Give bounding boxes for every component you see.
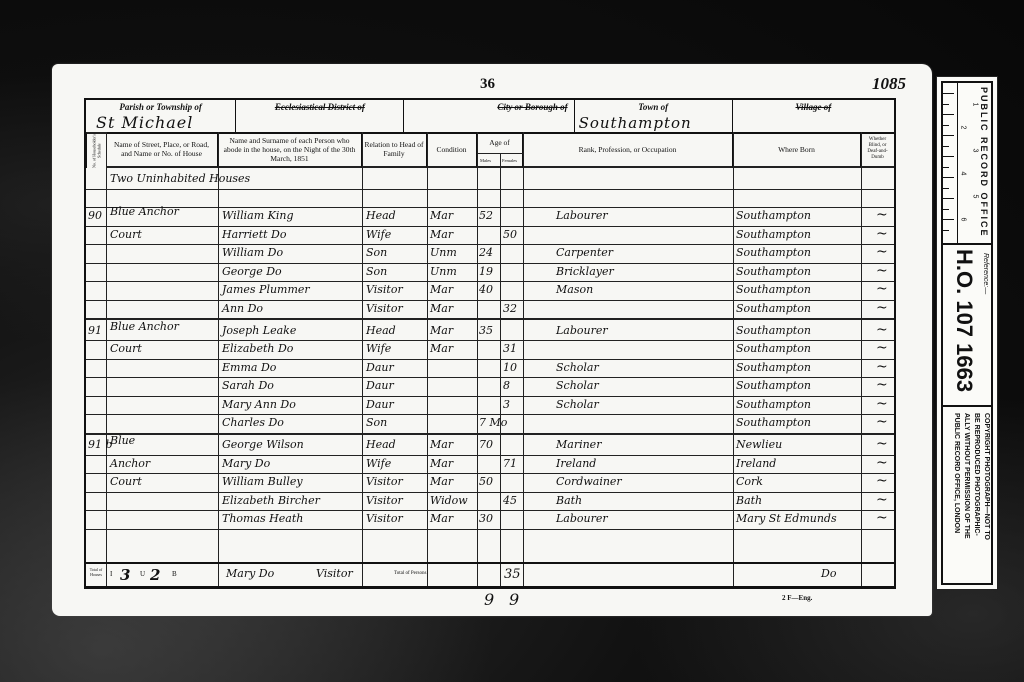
check-mark: ~ <box>876 359 888 375</box>
census-form: Parish or Township of St Michael Ecclesi… <box>84 98 896 589</box>
reference-label: Reference:— <box>982 253 989 294</box>
age-male: 30 <box>479 512 493 525</box>
person-name: James Plummer <box>222 283 310 296</box>
person-name: William Bulley <box>222 475 303 488</box>
ruler-tick <box>943 209 949 210</box>
person-occupation: Ireland <box>556 457 596 470</box>
person-relation: Visitor <box>366 494 403 507</box>
person-birthplace: Bath <box>736 494 762 507</box>
person-birthplace: Southampton <box>736 302 811 315</box>
copyright-notice: COPYRIGHT PHOTOGRAPH—NOT TO BE REPRODUCE… <box>951 413 991 540</box>
ecclesiastical-cell: Ecclesiastical District of <box>236 100 404 132</box>
person-relation: Visitor <box>366 512 403 525</box>
schedule-number: 91 <box>88 324 102 337</box>
total-persons-label: Total of Persons <box>394 571 426 576</box>
person-name: George Wilson <box>222 438 304 451</box>
ruler-mark: 3 <box>971 149 978 153</box>
person-occupation: Labourer <box>556 512 608 525</box>
uninhabited-count: 2 <box>150 566 160 584</box>
age-male: 24 <box>479 246 493 259</box>
ruler-tick <box>943 177 954 178</box>
check-mark: ~ <box>876 455 888 471</box>
person-name: Mary Do <box>222 457 270 470</box>
inhabited-label: I <box>110 570 112 578</box>
person-relation: Daur <box>366 361 394 374</box>
last-person-birthplace: Do <box>821 567 836 580</box>
person-birthplace: Southampton <box>736 416 811 429</box>
person-occupation: Scholar <box>556 361 599 374</box>
check-mark: ~ <box>876 492 888 508</box>
person-relation: Head <box>366 209 396 222</box>
archive-label: PUBLIC RECORD OFFICE 123456 Reference:— … <box>936 76 998 590</box>
age-male: 19 <box>479 265 493 278</box>
person-name: Elizabeth Do <box>222 342 293 355</box>
col-disability: Whether Blind, or Deaf-and-Dumb <box>861 132 894 168</box>
town-cell: Town of Southampton <box>575 100 733 132</box>
person-birthplace: Southampton <box>736 228 811 241</box>
village-label: Village of <box>733 102 894 112</box>
person-name: Emma Do <box>222 361 276 374</box>
females-total: 9 <box>509 590 519 609</box>
check-mark: ~ <box>876 377 888 393</box>
age-male: 40 <box>479 283 493 296</box>
parish-cell: Parish or Township of St Michael <box>86 100 236 132</box>
check-mark: ~ <box>876 436 888 452</box>
col-birthplace: Where Born <box>733 132 861 168</box>
check-mark: ~ <box>876 396 888 412</box>
row-divider <box>86 244 894 245</box>
person-birthplace: Ireland <box>736 457 776 470</box>
person-name: William King <box>222 209 294 222</box>
last-person-name: Mary Do <box>226 567 274 580</box>
person-birthplace: Southampton <box>736 379 811 392</box>
person-occupation: Scholar <box>556 379 599 392</box>
person-condition: Unm <box>430 265 457 278</box>
person-relation: Son <box>366 246 387 259</box>
age-female: 10 <box>503 361 517 374</box>
totals-label: Total of Houses <box>88 567 104 577</box>
age-female: 8 <box>503 379 510 392</box>
ruler-divider <box>957 83 958 243</box>
check-mark: ~ <box>876 263 888 279</box>
check-mark: ~ <box>876 281 888 297</box>
row-divider <box>86 340 894 341</box>
person-birthplace: Southampton <box>736 283 811 296</box>
row-divider <box>86 263 894 264</box>
street-name: Court <box>110 342 142 355</box>
person-occupation: Labourer <box>556 209 608 222</box>
street-name: Anchor <box>110 457 150 470</box>
check-mark: ~ <box>876 510 888 526</box>
person-condition: Mar <box>430 512 453 525</box>
ruler-tick <box>943 167 949 168</box>
ruler-tick <box>943 156 954 157</box>
person-occupation: Bricklayer <box>556 265 614 278</box>
age-female: 50 <box>503 228 517 241</box>
village-cell: Village of <box>733 100 894 132</box>
ruler-mark: 1 <box>971 103 978 107</box>
street-name: Blue <box>110 434 135 447</box>
uninhabited-label: U <box>140 570 145 578</box>
check-mark: ~ <box>876 322 888 338</box>
ruler-mark: 2 <box>959 126 966 130</box>
person-condition: Mar <box>430 209 453 222</box>
col-occupation: Rank, Profession, or Occupation <box>523 132 733 168</box>
age-male: 35 <box>479 324 493 337</box>
person-name: Joseph Leake <box>222 324 296 337</box>
row-divider <box>86 281 894 282</box>
col-street: Name of Street, Place, or Road, and Name… <box>106 132 218 168</box>
person-name: Ann Do <box>222 302 263 315</box>
age-male: 7 Mo <box>479 416 507 429</box>
parish-value: St Michael <box>96 113 193 132</box>
check-mark: ~ <box>876 207 888 223</box>
person-relation: Visitor <box>366 302 403 315</box>
copyright-line: COPYRIGHT PHOTOGRAPH—NOT TO <box>981 413 991 540</box>
person-condition: Mar <box>430 228 453 241</box>
reference-number: H.O. 107 1663 <box>951 249 977 392</box>
person-birthplace: Mary St Edmunds <box>736 512 837 525</box>
person-relation: Head <box>366 438 396 451</box>
person-birthplace: Newlieu <box>736 438 782 451</box>
ruler-mark: 6 <box>959 218 966 222</box>
person-condition: Mar <box>430 457 453 470</box>
person-relation: Visitor <box>366 475 403 488</box>
col-age-label: Age of <box>489 138 510 147</box>
person-relation: Wife <box>366 342 391 355</box>
person-condition: Mar <box>430 302 453 315</box>
copyright-line: ALLY WITHOUT PERMISSION OF THE <box>961 413 971 540</box>
ruler-tick <box>943 146 949 147</box>
person-relation: Wife <box>366 457 391 470</box>
col-name: Name and Surname of each Person who abod… <box>218 132 362 168</box>
ruler-tick <box>943 114 954 115</box>
ruler-tick <box>943 230 949 231</box>
person-condition: Mar <box>430 283 453 296</box>
row-divider <box>86 359 894 360</box>
copyright-block: COPYRIGHT PHOTOGRAPH—NOT TO BE REPRODUCE… <box>943 407 991 583</box>
ruler-tick <box>943 93 954 94</box>
col-age-males: Males <box>480 158 491 163</box>
col-schedule: No. of Householder's Schedule <box>86 132 106 168</box>
city-label: City or Borough of <box>404 102 573 112</box>
town-label: Town of <box>575 102 732 112</box>
person-relation: Wife <box>366 228 391 241</box>
person-birthplace: Southampton <box>736 246 811 259</box>
person-birthplace: Southampton <box>736 209 811 222</box>
schedule-number: 90 <box>88 209 102 222</box>
person-condition: Unm <box>430 246 457 259</box>
check-mark: ~ <box>876 226 888 242</box>
person-occupation: Bath <box>556 494 582 507</box>
person-birthplace: Southampton <box>736 398 811 411</box>
row-divider <box>86 455 894 456</box>
ecclesiastical-label: Ecclesiastical District of <box>236 102 403 112</box>
copyright-line: PUBLIC RECORD OFFICE, LONDON <box>951 413 961 540</box>
inhabited-count: 3 <box>120 566 130 584</box>
ruler-tick <box>943 188 949 189</box>
ruler-mark: 5 <box>971 195 978 199</box>
age-female: 45 <box>503 494 517 507</box>
street-name: Blue Anchor <box>110 320 179 333</box>
person-name: William Do <box>222 246 283 259</box>
grid-line <box>500 154 501 586</box>
row-divider <box>86 414 894 415</box>
row-divider <box>86 529 894 530</box>
row-divider <box>86 300 894 301</box>
office-name: PUBLIC RECORD OFFICE <box>979 87 989 238</box>
row-divider <box>86 492 894 493</box>
person-relation: Son <box>366 416 387 429</box>
person-birthplace: Southampton <box>736 361 811 374</box>
building-label: B <box>172 570 177 578</box>
age-male: 50 <box>479 475 493 488</box>
reference-block: Reference:— H.O. 107 1663 <box>943 245 991 407</box>
age-male: 52 <box>479 209 493 222</box>
row-divider <box>86 473 894 474</box>
totals-row: Total of Houses I 3 U 2 B Mary Do Visito… <box>86 562 894 586</box>
person-birthplace: Southampton <box>736 265 811 278</box>
person-occupation: Scholar <box>556 398 599 411</box>
check-mark: ~ <box>876 300 888 316</box>
check-mark: ~ <box>876 340 888 356</box>
person-relation: Daur <box>366 398 394 411</box>
person-name: Elizabeth Bircher <box>222 494 320 507</box>
person-condition: Mar <box>430 438 453 451</box>
row-divider <box>86 510 894 511</box>
person-relation: Daur <box>366 379 394 392</box>
ruler-tick <box>943 198 954 199</box>
row-divider <box>86 377 894 378</box>
age-female: 71 <box>503 457 517 470</box>
person-birthplace: Southampton <box>736 342 811 355</box>
ruler-tick <box>943 104 949 105</box>
last-person-age: 35 <box>504 567 521 582</box>
row-divider <box>86 207 894 208</box>
ruler: PUBLIC RECORD OFFICE 123456 <box>943 83 991 245</box>
col-age-females: Females <box>502 158 517 163</box>
person-relation: Visitor <box>366 283 403 296</box>
age-male: 70 <box>479 438 493 451</box>
person-name: Mary Ann Do <box>222 398 296 411</box>
page-number: 36 <box>480 76 495 93</box>
males-total: 9 <box>484 590 494 609</box>
person-birthplace: Southampton <box>736 324 811 337</box>
ruler-tick <box>943 219 954 220</box>
person-condition: Widow <box>430 494 468 507</box>
person-occupation: Carpenter <box>556 246 613 259</box>
parish-label: Parish or Township of <box>86 102 235 112</box>
ruler-tick <box>943 125 949 126</box>
street-name: Court <box>110 475 142 488</box>
person-occupation: Labourer <box>556 324 608 337</box>
check-mark: ~ <box>876 473 888 489</box>
row-divider <box>86 396 894 397</box>
person-name: Sarah Do <box>222 379 274 392</box>
check-mark: ~ <box>876 244 888 260</box>
age-female: 31 <box>503 342 517 355</box>
col-relation: Relation to Head of Family <box>362 132 427 168</box>
person-condition: Mar <box>430 475 453 488</box>
person-relation: Son <box>366 265 387 278</box>
person-relation: Head <box>366 324 396 337</box>
check-mark: ~ <box>876 414 888 430</box>
person-occupation: Cordwainer <box>556 475 622 488</box>
uninhabited-note: Two Uninhabited Houses <box>110 172 250 185</box>
person-name: George Do <box>222 265 282 278</box>
town-value: Southampton <box>579 114 692 132</box>
age-female: 32 <box>503 302 517 315</box>
row-divider <box>86 189 894 190</box>
person-occupation: Mariner <box>556 438 601 451</box>
ruler-mark: 4 <box>959 172 966 176</box>
person-name: Charles Do <box>222 416 284 429</box>
person-name: Thomas Heath <box>222 512 303 525</box>
row-divider <box>86 433 894 435</box>
person-name: Harriett Do <box>222 228 286 241</box>
row-divider <box>86 318 894 320</box>
schedule-number: 91 b <box>88 438 113 451</box>
person-condition: Mar <box>430 324 453 337</box>
col-condition: Condition <box>427 132 477 168</box>
folio-number: 1085 <box>872 74 906 94</box>
ruler-tick <box>943 135 954 136</box>
form-code: 2 F—Eng. <box>782 594 812 602</box>
age-female: 3 <box>503 398 510 411</box>
location-header: Parish or Township of St Michael Ecclesi… <box>86 100 894 134</box>
person-condition: Mar <box>430 342 453 355</box>
archive-label-frame: PUBLIC RECORD OFFICE 123456 Reference:— … <box>941 81 993 585</box>
street-name: Blue Anchor <box>110 205 179 218</box>
row-divider <box>86 226 894 227</box>
person-occupation: Mason <box>556 283 593 296</box>
city-cell: City or Borough of <box>404 100 574 132</box>
last-person-relation: Visitor <box>316 567 353 580</box>
person-birthplace: Cork <box>736 475 763 488</box>
street-name: Court <box>110 228 142 241</box>
copyright-line: BE REPRODUCED PHOTOGRAPHIC- <box>971 413 981 540</box>
